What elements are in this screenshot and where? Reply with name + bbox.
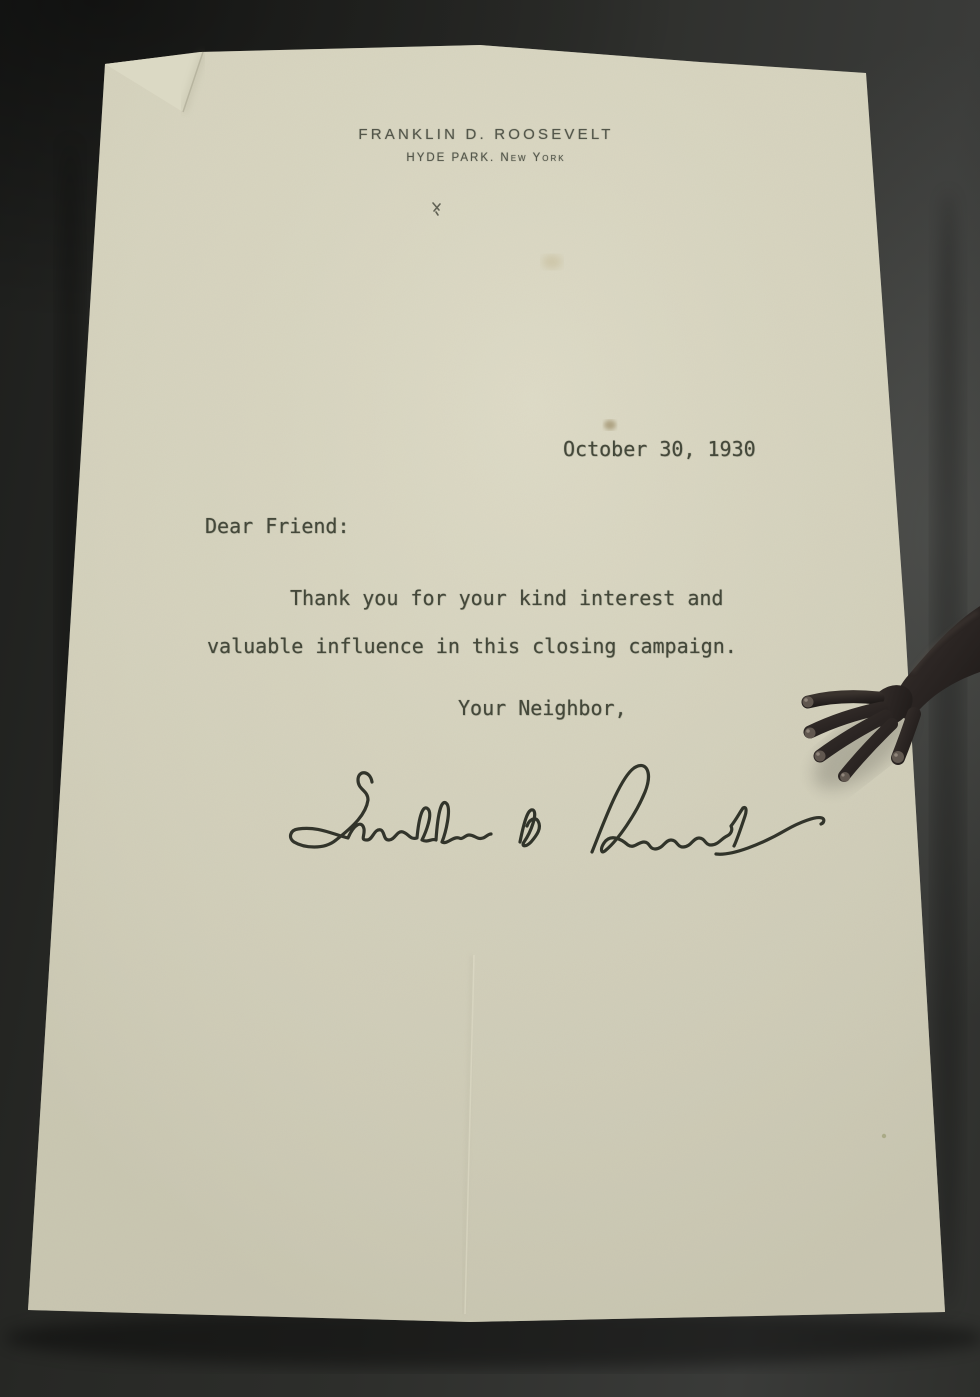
body-line-1: Thank you for your kind interest and [290,586,723,610]
date-line: October 30, 1930 [563,437,756,461]
body-line-2: valuable influence in this closing campa… [207,634,737,658]
stain-spot-faint [542,255,562,269]
letterhead-location: HYDE PARK. New York [236,152,736,164]
photo-of-letter: FRANKLIN D. ROOSEVELT HYDE PARK. New Yor… [0,0,980,1397]
closing: Your Neighbor, [458,696,627,720]
paper-speck [882,1134,886,1138]
stain-spot [604,420,616,430]
hand-finger [808,697,878,702]
salutation: Dear Friend: [205,514,350,538]
letterhead-name: FRANKLIN D. ROOSEVELT [236,126,736,143]
